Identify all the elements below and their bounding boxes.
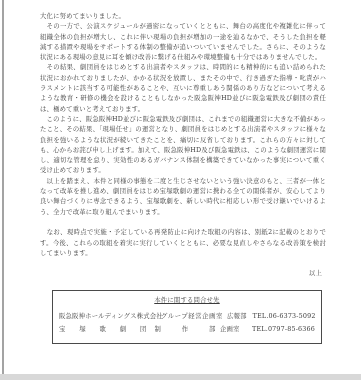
page-left-edge-line	[2, 0, 4, 374]
contact-org: 宝塚歌劇団	[59, 325, 147, 335]
contact-section: 広報部	[227, 312, 247, 322]
contact-tel: TEL.06-6373-5092	[253, 312, 316, 322]
blank-line	[40, 218, 326, 228]
document-page: 大化に努めてまいりました。 その一方で、公演スケジュールが過密になっていくととも…	[0, 0, 361, 380]
paragraph: 大化に努めてまいりました。	[40, 12, 326, 22]
paragraph: なお、現時点で実施・予定している再発防止に向けた取組の内容は、別紙2に記載のとお…	[40, 228, 326, 259]
contact-row: 宝塚歌劇団 制作部 企画室 TEL.0797-85-6366	[59, 325, 315, 335]
contact-box-title: 本件に関する問合せ先	[59, 296, 315, 306]
closing-text: 以上	[40, 269, 326, 279]
page-bottom-strip	[0, 374, 361, 380]
contact-box: 本件に関する問合せ先 阪急阪神ホールディングス株式会社 グループ経営企画室 広報…	[52, 290, 322, 344]
contact-org: 阪急阪神ホールディングス株式会社	[59, 312, 153, 322]
paragraph: このように、阪急阪神HD並びに阪急電鉄及び劇団は、これまでの組織運営に大きな不備…	[40, 115, 326, 177]
body-text: 大化に努めてまいりました。 その一方で、公演スケジュールが過密になっていくととも…	[40, 12, 326, 344]
paragraph: その一方で、公演スケジュールが過密になっていくとともに、舞台の高度化や複雑化に伴…	[40, 22, 326, 63]
paragraph: その結果、劇団員をはじめとする出演者やスタッフは、時間的にも精神的にも追い詰めら…	[40, 63, 326, 114]
contact-row: 阪急阪神ホールディングス株式会社 グループ経営企画室 広報部 TEL.06-63…	[59, 312, 315, 322]
contact-dept: 制作部	[155, 325, 216, 335]
contact-dept: グループ経営企画室	[161, 312, 223, 322]
paragraph: 以上を踏まえ、本件と同様の事態を二度と生じさせないという強い決意のもと、三者が一…	[40, 177, 326, 218]
blank-line	[40, 259, 326, 269]
contact-tel: TEL.0797-85-6366	[252, 325, 315, 335]
contact-section: 企画室	[220, 325, 246, 335]
